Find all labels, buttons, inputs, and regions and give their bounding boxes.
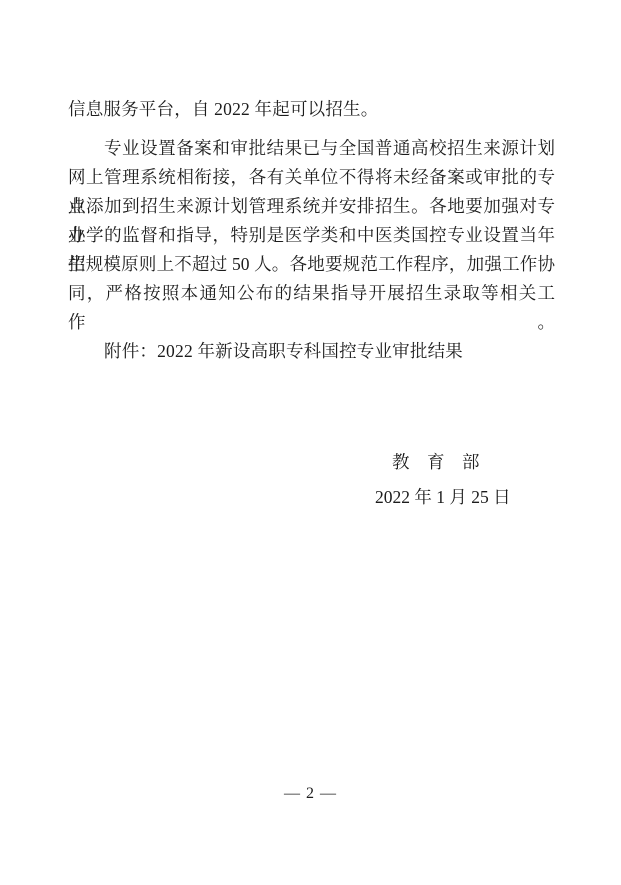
paragraph-line: 网上管理系统相衔接，各有关单位不得将未经备案或审批的专业 (68, 163, 555, 192)
paragraph-line: 办学的监督和指导，特别是医学类和中医类国控专业设置当年招 (68, 221, 555, 250)
attachment-reference-line: 附件：2022 年新设高职专科国控专业审批结果 (104, 337, 463, 366)
issue-date: 2022 年 1 月 25 日 (375, 486, 511, 508)
paragraph-line: 生规模原则上不超过 50 人。各地要规范工作程序，加强工作协 (68, 250, 555, 279)
body-paragraph: 专业设置备案和审批结果已与全国普通高校招生来源计划 网上管理系统相衔接，各有关单… (68, 134, 555, 308)
issuing-authority-signature: 教 育 部 (392, 451, 480, 473)
document-page: 信息服务平台，自 2022 年起可以招生。 专业设置备案和审批结果已与全国普通高… (0, 0, 621, 885)
page-number: — 2 — (0, 784, 621, 804)
paragraph-line: 同，严格按照本通知公布的结果指导开展招生录取等相关工作。 (68, 279, 555, 308)
paragraph-line: 专业设置备案和审批结果已与全国普通高校招生来源计划 (68, 134, 555, 163)
paragraph-line: 点添加到招生来源计划管理系统并安排招生。各地要加强对专业 (68, 192, 555, 221)
continuation-text-line: 信息服务平台，自 2022 年起可以招生。 (68, 95, 555, 124)
